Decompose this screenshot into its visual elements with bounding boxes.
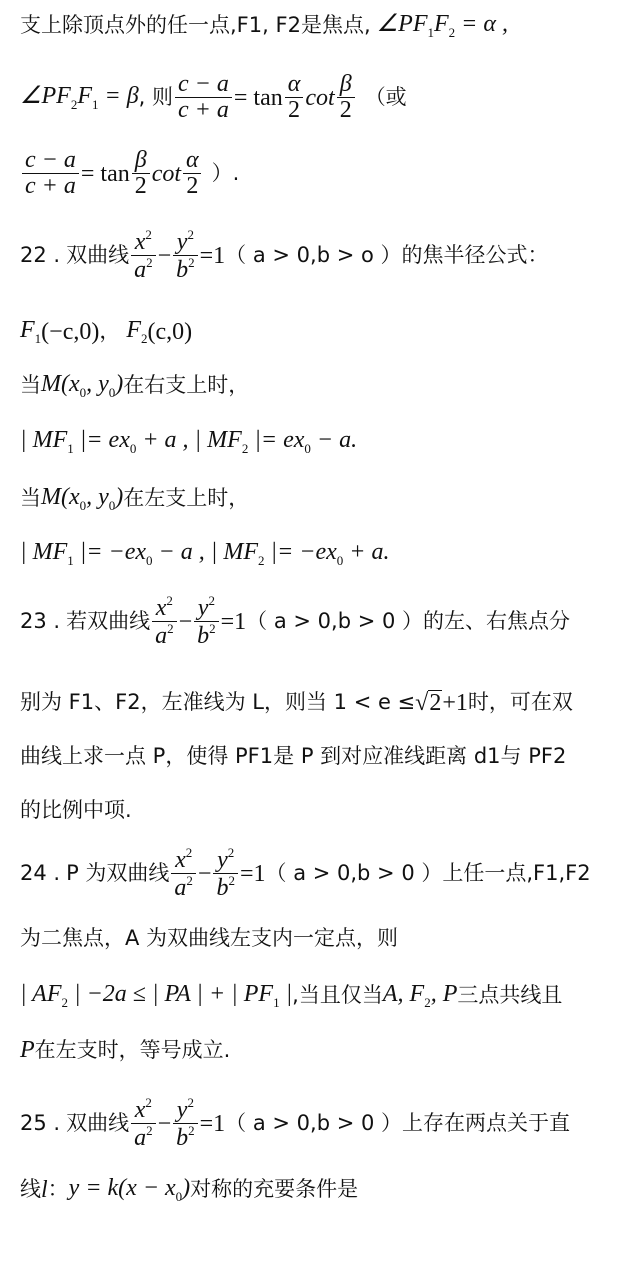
fraction: β2 xyxy=(337,72,355,123)
line-25-b: 线 l ： y = k(x − x0) 对称的充要条件是 xyxy=(20,1176,358,1203)
line-23-b: 别为 F1、F2，左准线为 L，则当 1 < e ≤ √2 +1 时，可在双 xyxy=(20,690,573,715)
line-3: c − ac + a = tan β2 cot α2 ）. xyxy=(20,148,239,199)
item-25-heading: 25 . 双曲线 x2a2 − y2b2 =1 （ a > 0,b > 0 ） … xyxy=(20,1096,570,1151)
fraction: y2b2 xyxy=(213,846,238,901)
fraction: β2 xyxy=(132,148,150,199)
fraction: x2a2 xyxy=(171,846,196,901)
item-22-heading: 22 . 双曲线 x2a2 − y2b2 =1 （ a > 0,b > o ） … xyxy=(20,228,549,283)
fraction: α2 xyxy=(183,148,202,199)
line-23-c: 曲线上求一点 P，使得 PF1 是 P 到对应准线距离 d1 与 PF2 xyxy=(20,746,566,767)
line-left-formula: | MF1 |= −ex0 − a , | MF2 |= −ex0 + a. xyxy=(20,540,390,567)
fraction: x2a2 xyxy=(131,1096,156,1151)
fraction: x2a2 xyxy=(152,594,177,649)
fraction: c − ac + a xyxy=(22,148,79,199)
fraction: α2 xyxy=(285,72,304,123)
angle-formula: ∠PF1F2 = α , xyxy=(377,12,508,39)
fraction: y2b2 xyxy=(173,228,198,283)
line-24-d: P 在左支时，等号成立. xyxy=(20,1038,230,1062)
line-left-branch: 当 M(x0, y0) 在左支上时， xyxy=(20,485,249,512)
line-24-c: | AF2 | −2a ≤ | PA | + | PF1 | ,当且仅当 A, … xyxy=(20,982,562,1009)
fraction: c − ac + a xyxy=(175,72,232,123)
sqrt: √2 xyxy=(415,690,442,715)
line-foci: F1(−c,0) ， F2(c,0) xyxy=(20,318,192,345)
line-2: ∠PF2F1 = β , 则 c − ac + a = tan α2 cot β… xyxy=(20,72,407,123)
item-23-heading: 23 . 若双曲线 x2a2 − y2b2 =1 （ a > 0,b > 0 ）… xyxy=(20,594,570,649)
fraction: y2b2 xyxy=(194,594,219,649)
line-24-b: 为二焦点，A 为双曲线左支内一定点，则 xyxy=(20,928,398,949)
line-right-formula: | MF1 |= ex0 + a , | MF2 |= ex0 − a. xyxy=(20,428,357,455)
text: 支上除顶点外的任一点,F xyxy=(20,15,249,36)
item-24-heading: 24 . P 为双曲线 x2a2 − y2b2 =1 （ a > 0,b > 0… xyxy=(20,846,591,901)
fraction: y2b2 xyxy=(173,1096,198,1151)
fraction: x2a2 xyxy=(131,228,156,283)
line-1: 支上除顶点外的任一点,F1, F2 是焦点, ∠PF1F2 = α , xyxy=(20,12,508,39)
line-right-branch: 当 M(x0, y0) 在右支上时， xyxy=(20,372,249,399)
line-23-d: 的比例中项. xyxy=(20,800,132,821)
